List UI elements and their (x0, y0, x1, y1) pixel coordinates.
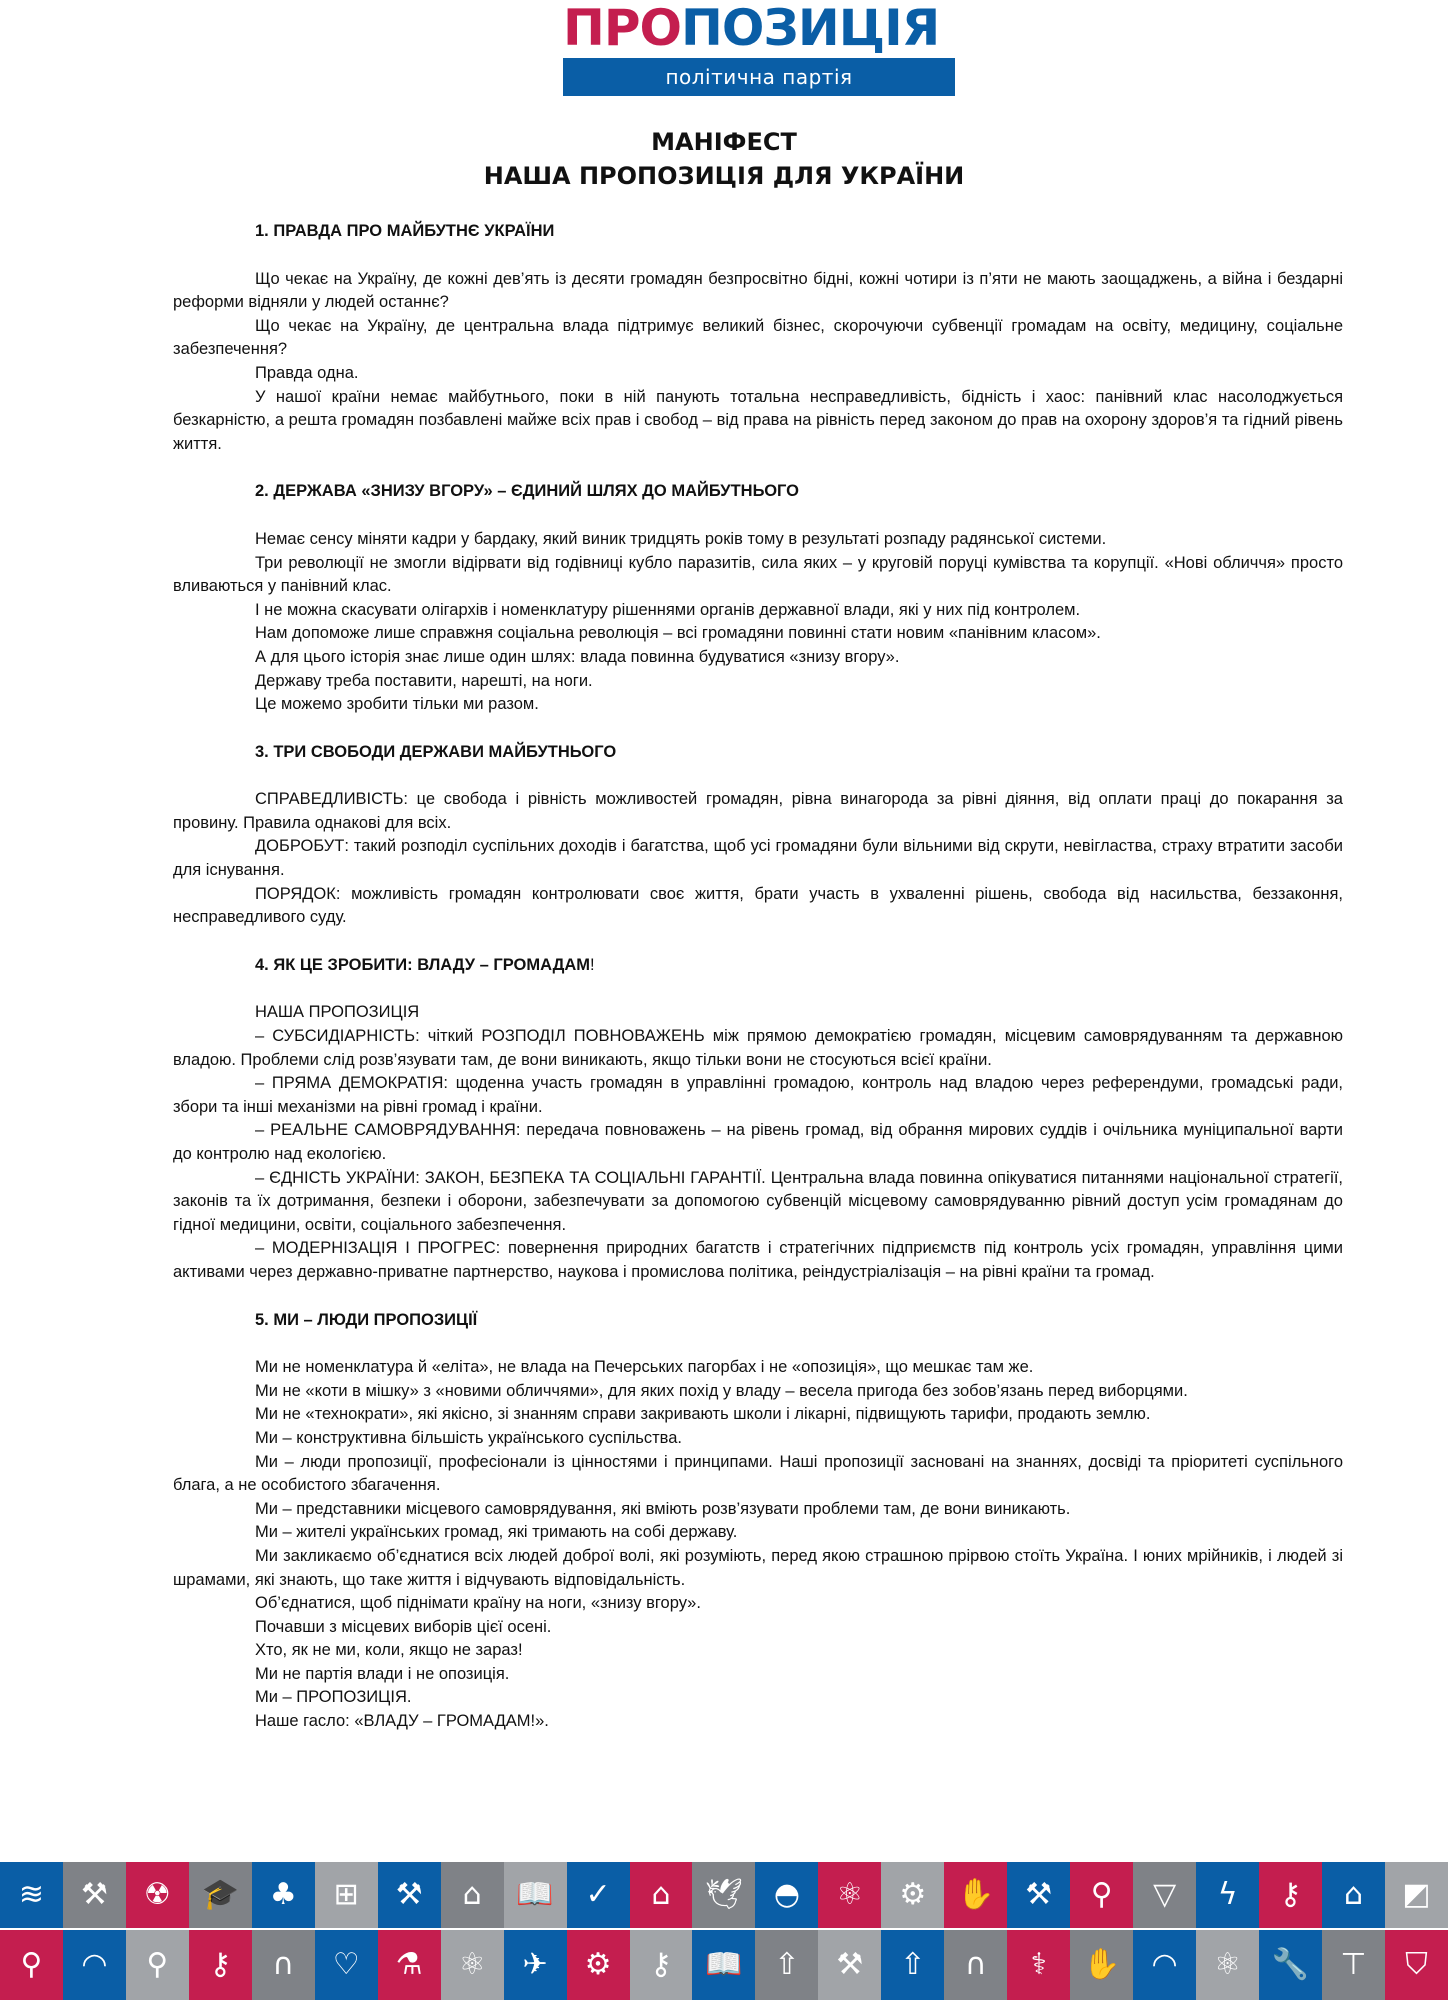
compass-square-icon: ⚒ (836, 1950, 863, 1980)
banner-tile: ⚒ (63, 1862, 126, 1928)
banner-tile: ◓ (755, 1862, 818, 1928)
section-heading-suffix: ! (590, 956, 595, 974)
police-cap-icon: ⌂ (1344, 1880, 1363, 1910)
compass-square-icon: ⚒ (1025, 1880, 1052, 1910)
trowel-icon: ▽ (1153, 1880, 1176, 1910)
banner-tile: ⚙ (567, 1930, 630, 2000)
banner-tile: 🔧 (1259, 1930, 1322, 2000)
section-1: 1. ПРАВДА ПРО МАЙБУТНЄ УКРАЇНИ Що чекає … (173, 220, 1343, 456)
banner-tile: ⚙ (881, 1862, 944, 1928)
bridge-icon: ∩ (272, 1950, 294, 1980)
banner-tile: ⇧ (881, 1930, 944, 2000)
banner-tile: ⚛ (1196, 1930, 1259, 2000)
banner-tile: 📖 (504, 1862, 567, 1928)
open-book-icon: 📖 (705, 1950, 742, 1980)
banner-tile: ⊤ (1322, 1930, 1385, 2000)
paragraph: Ми – представники місцевого самоврядуван… (173, 1498, 1343, 1522)
compass-square-icon: ⚒ (396, 1880, 423, 1910)
key-icon: ⚷ (1280, 1880, 1302, 1910)
paragraph: Державу треба поставити, нарешті, на ног… (173, 670, 1343, 694)
tree-icon: ♣ (270, 1880, 297, 1910)
paragraph: – ЄДНІСТЬ УКРАЇНИ: ЗАКОН, БЕЗПЕКА ТА СОЦ… (173, 1167, 1343, 1238)
banner-tile: ♣ (252, 1862, 315, 1928)
party-logo: ПРОПОЗИЦІЯ політична партія (563, 6, 955, 96)
paragraph: Хто, як не ми, коли, якщо не зараз! (173, 1639, 1343, 1663)
logo-wordmark: ПРОПОЗИЦІЯ (563, 6, 955, 50)
shield-icon: ⛉ (1405, 1950, 1428, 1980)
graduation-cap-icon: 🎓 (202, 1880, 239, 1910)
document-title: МАНІФЕСТ (0, 126, 1448, 158)
section-heading: 4. ЯК ЦЕ ЗРОБИТИ: ВЛАДУ – ГРОМАДАМ! (255, 954, 1343, 978)
paragraph: Почавши з місцевих виборів цієї осені. (173, 1616, 1343, 1640)
paragraph: Що чекає на Україну, де центральна влада… (173, 315, 1343, 362)
banner-tile: ⚲ (1070, 1862, 1133, 1928)
pharmacy-bowl-icon: ⚕ (1031, 1950, 1047, 1980)
banner-tile: ∩ (944, 1930, 1007, 2000)
dove-icon: 🕊 (705, 1880, 743, 1910)
paragraph: Ми не номенклатура й «еліта», не влада н… (173, 1356, 1343, 1380)
banner-tile: ⚷ (189, 1930, 252, 2000)
excavator-icon: ⚙ (899, 1880, 926, 1910)
police-cap-icon: ⌂ (463, 1880, 482, 1910)
water-tap-icon: ⚲ (20, 1950, 42, 1980)
banner-tile: ✋ (944, 1862, 1007, 1928)
section-heading: 2. ДЕРЖАВА «ЗНИЗУ ВГОРУ» – ЄДИНИЙ ШЛЯХ Д… (255, 480, 1343, 504)
paragraph: Це можемо зробити тільки ми разом. (173, 693, 1343, 717)
banner-tile: ∩ (252, 1930, 315, 2000)
paragraph: А для цього історія знає лише один шлях:… (173, 646, 1343, 670)
paragraph: Правда одна. (173, 362, 1343, 386)
paint-roller-icon: ⊤ (1340, 1950, 1366, 1980)
wrench-icon: 🔧 (1272, 1950, 1309, 1980)
banner-tile: ✓ (567, 1862, 630, 1928)
gas-mask-icon: ☢ (144, 1880, 171, 1910)
banner-tile: ⚒ (818, 1930, 881, 2000)
banner-tile: ▽ (1133, 1862, 1196, 1928)
banner-tile: ⚛ (818, 1862, 881, 1928)
paragraph: Що чекає на Україну, де кожні дев’ять із… (173, 268, 1343, 315)
atom-icon: ⚛ (459, 1950, 486, 1980)
shield-heart-icon: ♡ (333, 1950, 360, 1980)
banner-tile: ◠ (1133, 1930, 1196, 2000)
paragraph: Ми закликаємо об’єднатися всіх людей доб… (173, 1545, 1343, 1592)
section-heading-text: 4. ЯК ЦЕ ЗРОБИТИ: ВЛАДУ – ГРОМАДАМ (255, 956, 590, 974)
logo-wordmark-red: ПРО (563, 6, 681, 50)
logo-tagline: політична партія (563, 58, 955, 96)
section-heading: 1. ПРАВДА ПРО МАЙБУТНЄ УКРАЇНИ (255, 220, 1343, 244)
banner-tile: 🕊 (692, 1862, 755, 1928)
banner-tile: ♡ (315, 1930, 378, 2000)
banner-tile: ⚗ (378, 1930, 441, 2000)
banner-tile: ◩ (1385, 1862, 1448, 1928)
screw-icon: ⚲ (146, 1950, 168, 1980)
paragraph: Нам допоможе лише справжня соціальна рев… (173, 622, 1343, 646)
key-icon: ⚷ (650, 1950, 672, 1980)
waves-icon: ≋ (19, 1880, 44, 1910)
paragraph: – ПРЯМА ДЕМОКРАТІЯ: щоденна участь грома… (173, 1072, 1343, 1119)
wifi-icon: ◠ (81, 1950, 107, 1980)
gear-icon: ⚙ (585, 1950, 612, 1980)
paragraph: ДОБРОБУТ: такий розподіл суспільних дохо… (173, 835, 1343, 882)
banner-tile: ⊞ (315, 1862, 378, 1928)
banner-tile: ⛉ (1385, 1930, 1448, 2000)
section-4: 4. ЯК ЦЕ ЗРОБИТИ: ВЛАДУ – ГРОМАДАМ! НАША… (173, 954, 1343, 1285)
banner-tile: ϟ (1196, 1862, 1259, 1928)
paragraph: – РЕАЛЬНЕ САМОВРЯДУВАННЯ: передача повно… (173, 1119, 1343, 1166)
paragraph: Наше гасло: «ВЛАДУ – ГРОМАДАМ!». (173, 1710, 1343, 1734)
paragraph: Ми не «технократи», які якісно, зі знанн… (173, 1403, 1343, 1427)
paragraph: Три революції не змогли відірвати від го… (173, 552, 1343, 599)
banner-tile: ⌂ (1322, 1862, 1385, 1928)
banner-tile: 📖 (692, 1930, 755, 2000)
section-heading: 3. ТРИ СВОБОДИ ДЕРЖАВИ МАЙБУТНЬОГО (255, 741, 1343, 765)
subheading: НАША ПРОПОЗИЦІЯ (255, 1001, 1343, 1025)
paragraph: Ми не партія влади і не опозиція. (173, 1663, 1343, 1687)
atom-icon: ⚛ (836, 1880, 863, 1910)
banner-tile: ⚛ (441, 1930, 504, 2000)
power-tower-icon: ϟ (1218, 1880, 1238, 1910)
satellite-dish-icon: ◩ (1402, 1880, 1430, 1910)
banner-tile: ⌂ (630, 1862, 693, 1928)
paragraph: У нашої країни немає майбутнього, поки в… (173, 386, 1343, 457)
trolleybus-icon: ⊞ (334, 1880, 359, 1910)
banner-tile: 🎓 (189, 1862, 252, 1928)
banner-row-1: ≋⚒☢🎓♣⊞⚒⌂📖✓⌂🕊◓⚛⚙✋⚒⚲▽ϟ⚷⌂◩ (0, 1862, 1448, 1928)
rocket-icon: ⇧ (774, 1950, 799, 1980)
house-arrow-icon: ⇧ (900, 1950, 925, 1980)
manifesto-body: 1. ПРАВДА ПРО МАЙБУТНЄ УКРАЇНИ Що чекає … (173, 220, 1343, 1734)
paragraph: ПОРЯДОК: можливість громадян контролюват… (173, 883, 1343, 930)
section-2: 2. ДЕРЖАВА «ЗНИЗУ ВГОРУ» – ЄДИНИЙ ШЛЯХ Д… (173, 480, 1343, 716)
banner-tile: ⚕ (1007, 1930, 1070, 2000)
banner-tile: ⇧ (755, 1930, 818, 2000)
microscope-icon: ⚗ (396, 1950, 423, 1980)
paragraph: Немає сенсу міняти кадри у бардаку, який… (173, 528, 1343, 552)
banner-tile: ≋ (0, 1862, 63, 1928)
open-book-icon: 📖 (516, 1880, 553, 1910)
banner-tile: ⚷ (630, 1930, 693, 2000)
banner-tile: ⚲ (126, 1930, 189, 2000)
factory-icon: ⌂ (651, 1880, 670, 1910)
banner-row-2: ⚲◠⚲⚷∩♡⚗⚛✈⚙⚷📖⇧⚒⇧∩⚕✋◠⚛🔧⊤⛉ (0, 1930, 1448, 2000)
bridge-icon: ∩ (965, 1950, 987, 1980)
paragraph: Ми не «коти в мішку» з «новими обличчями… (173, 1380, 1343, 1404)
compass-square-icon: ⚒ (81, 1880, 108, 1910)
banner-tile: ✈ (504, 1930, 567, 2000)
footer-icon-banner: ≋⚒☢🎓♣⊞⚒⌂📖✓⌂🕊◓⚛⚙✋⚒⚲▽ϟ⚷⌂◩ ⚲◠⚲⚷∩♡⚗⚛✈⚙⚷📖⇧⚒⇧∩… (0, 1862, 1448, 2000)
paragraph: І не можна скасувати олігархів і номенкл… (173, 599, 1343, 623)
banner-tile: ☢ (126, 1862, 189, 1928)
paragraph: Ми – ПРОПОЗИЦІЯ. (173, 1686, 1343, 1710)
checkmark-icon: ✓ (585, 1880, 610, 1910)
logo-wordmark-blue: ПОЗИЦІЯ (681, 6, 939, 50)
banner-tile: ⌂ (441, 1862, 504, 1928)
screw-icon: ⚲ (1091, 1880, 1113, 1910)
paragraph: Ми – жителі українських громад, які трим… (173, 1521, 1343, 1545)
paragraph: – СУБСИДІАРНІСТЬ: чіткий РОЗПОДІЛ ПОВНОВ… (173, 1025, 1343, 1072)
paragraph: Ми – люди пропозиції, професіонали із ці… (173, 1451, 1343, 1498)
document-subtitle: НАША ПРОПОЗИЦІЯ ДЛЯ УКРАЇНИ (0, 160, 1448, 192)
paragraph: – МОДЕРНІЗАЦІЯ І ПРОГРЕС: повернення при… (173, 1237, 1343, 1284)
banner-tile: ⚒ (378, 1862, 441, 1928)
section-heading: 5. МИ – ЛЮДИ ПРОПОЗИЦІЇ (255, 1309, 1343, 1333)
paragraph: Об’єднатися, щоб піднімати країну на ног… (173, 1592, 1343, 1616)
atom-icon: ⚛ (1214, 1950, 1241, 1980)
paragraph: Ми – конструктивна більшість українськог… (173, 1427, 1343, 1451)
handshake-icon: ✋ (1083, 1950, 1120, 1980)
wifi-icon: ◠ (1152, 1950, 1178, 1980)
section-3: 3. ТРИ СВОБОДИ ДЕРЖАВИ МАЙБУТНЬОГО СПРАВ… (173, 741, 1343, 930)
key-icon: ⚷ (209, 1950, 231, 1980)
paragraph: СПРАВЕДЛИВІСТЬ: це свобода і рівність мо… (173, 788, 1343, 835)
banner-tile: ◠ (63, 1930, 126, 2000)
banner-tile: ⚒ (1007, 1862, 1070, 1928)
airplane-icon: ✈ (523, 1950, 548, 1980)
banner-tile: ⚷ (1259, 1862, 1322, 1928)
banner-tile: ⚲ (0, 1930, 63, 2000)
banner-tile: ✋ (1070, 1930, 1133, 2000)
handshake-icon: ✋ (957, 1880, 994, 1910)
section-5: 5. МИ – ЛЮДИ ПРОПОЗИЦІЇ Ми не номенклату… (173, 1309, 1343, 1734)
hard-hat-icon: ◓ (774, 1880, 800, 1910)
